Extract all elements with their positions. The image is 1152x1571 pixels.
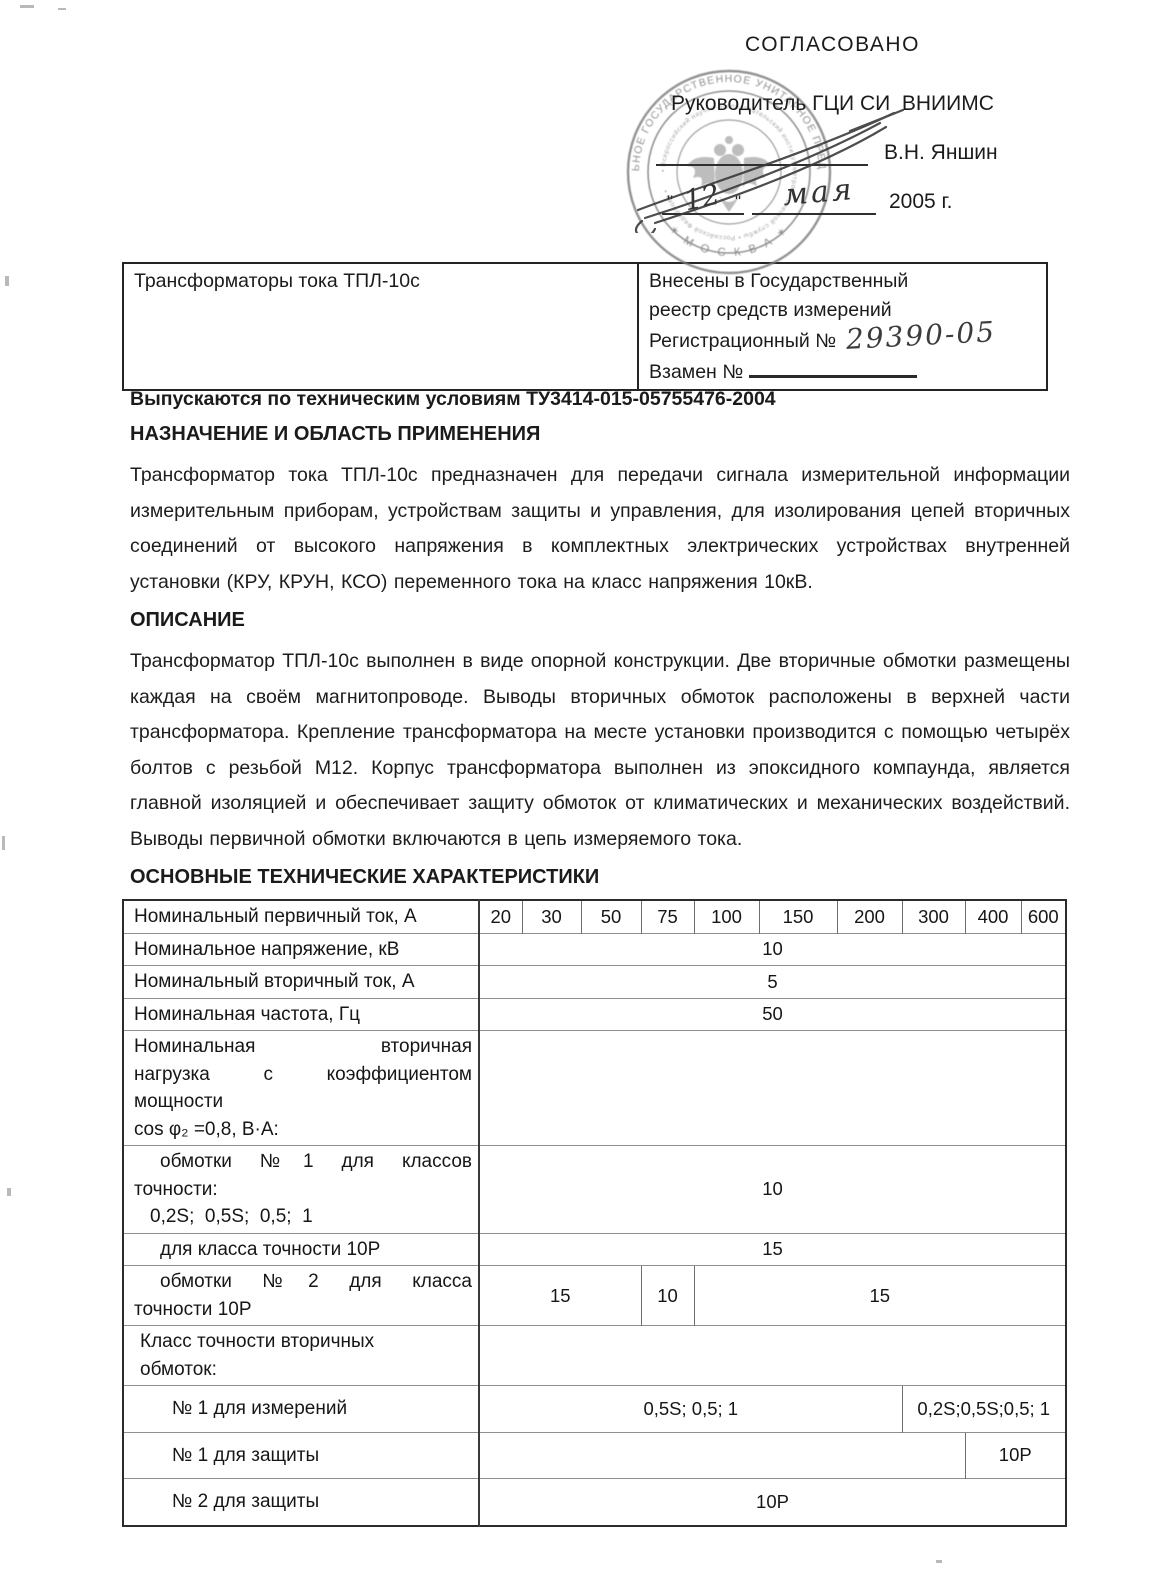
spec-cell: 100 bbox=[694, 900, 759, 933]
purpose-heading: НАЗНАЧЕНИЕ И ОБЛАСТЬ ПРИМЕНЕНИЯ bbox=[130, 423, 1070, 446]
description-heading: ОПИСАНИЕ bbox=[130, 609, 1070, 632]
scanned-document-page: ФЕДЕРАЛЬНОЕ ГОСУДАРСТВЕННОЕ УНИТАРНОЕ ПР… bbox=[0, 0, 1152, 1571]
spec-row-label: Номинальный вторичный ток, А bbox=[123, 966, 479, 999]
stamp-ring-top-text: ФЕДЕРАЛЬНОЕ ГОСУДАРСТВЕННОЕ УНИТАРНОЕ ПР… bbox=[619, 62, 828, 172]
spec-cell: 600 bbox=[1021, 900, 1066, 933]
approver-name: В.Н. Яншин bbox=[884, 141, 998, 165]
spec-cell: 150 bbox=[759, 900, 837, 933]
stamp-ring-bottom-text: ✶ М О С К В А ✶ bbox=[666, 224, 792, 260]
product-name: Трансформаторы тока ТПЛ-10с bbox=[134, 270, 420, 292]
spec-row: Номинальное напряжение, кВ10 bbox=[123, 933, 1066, 966]
registry-line-4: Взамен № bbox=[649, 356, 1036, 387]
registration-row: Трансформаторы тока ТПЛ-10с Внесены в Го… bbox=[123, 263, 1047, 390]
registration-box: Трансформаторы тока ТПЛ-10с Внесены в Го… bbox=[122, 262, 1048, 391]
spec-row: Класс точности вторичныхобмоток: bbox=[123, 1326, 1066, 1386]
description-paragraph: Трансформатор ТПЛ-10с выполнен в виде оп… bbox=[130, 644, 1070, 857]
spec-row: для класса точности 10Р15 bbox=[123, 1233, 1066, 1266]
purpose-paragraph: Трансформатор тока ТПЛ-10с предназначен … bbox=[130, 458, 1070, 600]
scan-speck bbox=[20, 5, 34, 8]
stamp-ring-inner-text: • Всероссийский научно-исследовательский… bbox=[660, 103, 798, 241]
document-body: Выпускаются по техническим условиям ТУ34… bbox=[130, 388, 1070, 1527]
spec-row-label: № 2 для защиты bbox=[123, 1479, 479, 1526]
spec-cell: 300 bbox=[902, 900, 965, 933]
agreed-title: СОГЛАСОВАНО bbox=[745, 33, 920, 57]
registry-line-3: Регистрационный №29390-05 bbox=[649, 324, 1036, 356]
spec-cell: 15 bbox=[479, 1233, 1066, 1266]
scan-speck bbox=[936, 1560, 942, 1563]
spec-row-label: Номинальное напряжение, кВ bbox=[123, 933, 479, 966]
handwritten-reg-number: 29390-05 bbox=[845, 318, 996, 354]
spec-cell bbox=[479, 1031, 1066, 1146]
spec-cell: 0,5S; 0,5; 1 bbox=[479, 1386, 902, 1433]
specs-heading: ОСНОВНЫЕ ТЕХНИЧЕСКИЕ ХАРАКТЕРИСТИКИ bbox=[130, 866, 1070, 889]
spec-row-label: для класса точности 10Р bbox=[123, 1233, 479, 1266]
approver-role: Руководитель ГЦИ СИ ВНИИМС bbox=[671, 92, 994, 116]
spec-row: Номинальная вторичнаянагрузка с коэффици… bbox=[123, 1031, 1066, 1146]
spec-row-label: обмотки №2 для классаточности 10Р bbox=[123, 1266, 479, 1326]
scan-speck bbox=[2, 836, 5, 850]
signature-line bbox=[656, 164, 868, 166]
spec-row-label: № 1 для защиты bbox=[123, 1432, 479, 1479]
spec-row: № 2 для защиты10Р bbox=[123, 1479, 1066, 1526]
spec-cell: 10 bbox=[479, 933, 1066, 966]
spec-row-label: № 1 для измерений bbox=[123, 1386, 479, 1433]
scan-speck bbox=[7, 1188, 11, 1196]
approval-year: 2005 г. bbox=[889, 190, 952, 214]
spec-row-label: Номинальная частота, Гц bbox=[123, 998, 479, 1031]
replaces-label: Взамен № bbox=[649, 361, 743, 383]
spec-row-label: Класс точности вторичныхобмоток: bbox=[123, 1326, 479, 1386]
spec-row-label: Номинальная вторичнаянагрузка с коэффици… bbox=[123, 1031, 479, 1146]
technical-characteristics-table: Номинальный первичный ток, А203050751001… bbox=[122, 899, 1067, 1527]
handwritten-month: мая bbox=[782, 172, 856, 213]
product-name-cell: Трансформаторы тока ТПЛ-10с bbox=[123, 263, 638, 390]
spec-cell: 10Р bbox=[479, 1479, 1066, 1526]
registry-cell: Внесены в Государственный реестр средств… bbox=[638, 263, 1047, 390]
tu-conditions-line: Выпускаются по техническим условиям ТУ34… bbox=[130, 388, 1070, 411]
spec-cell: 15 bbox=[694, 1266, 1066, 1326]
spec-cell bbox=[479, 1432, 965, 1479]
spec-cell: 5 bbox=[479, 966, 1066, 999]
date-line bbox=[752, 213, 876, 215]
spec-row: Номинальный первичный ток, А203050751001… bbox=[123, 900, 1066, 933]
spec-cell: 10 bbox=[479, 1146, 1066, 1234]
handwritten-day: 12 bbox=[681, 178, 723, 218]
spec-cell: 0,2S;0,5S;0,5; 1 bbox=[902, 1386, 1066, 1433]
spec-row: Номинальная частота, Гц50 bbox=[123, 998, 1066, 1031]
spec-row: обмотки №1 для классовточности:0,2S; 0,5… bbox=[123, 1146, 1066, 1234]
spec-row-label: Номинальный первичный ток, А bbox=[123, 900, 479, 933]
replaces-blank-line bbox=[749, 356, 917, 378]
spec-cell bbox=[479, 1326, 1066, 1386]
spec-cell: 10Р bbox=[965, 1432, 1066, 1479]
spec-cell: 200 bbox=[837, 900, 902, 933]
spec-row: № 1 для защиты10Р bbox=[123, 1432, 1066, 1479]
spec-cell: 15 bbox=[479, 1266, 641, 1326]
spec-cell: 10 bbox=[641, 1266, 694, 1326]
spec-row: Номинальный вторичный ток, А5 bbox=[123, 966, 1066, 999]
date-quote-open: " bbox=[667, 192, 673, 212]
spec-cell: 50 bbox=[479, 998, 1066, 1031]
spec-row: № 1 для измерений0,5S; 0,5; 10,2S;0,5S;0… bbox=[123, 1386, 1066, 1433]
spec-row-label: обмотки №1 для классовточности:0,2S; 0,5… bbox=[123, 1146, 479, 1234]
reg-number-label: Регистрационный № bbox=[649, 330, 836, 352]
scan-speck bbox=[5, 276, 9, 286]
spec-cell: 50 bbox=[581, 900, 641, 933]
spec-row: обмотки №2 для классаточности 10Р151015 bbox=[123, 1266, 1066, 1326]
spec-cell: 20 bbox=[479, 900, 522, 933]
date-quote-close: " bbox=[735, 192, 741, 212]
spec-cell: 400 bbox=[965, 900, 1021, 933]
spec-cell: 75 bbox=[641, 900, 694, 933]
spec-cell: 30 bbox=[522, 900, 581, 933]
registry-line-1: Внесены в Государственный bbox=[649, 267, 1036, 296]
scan-speck bbox=[58, 8, 66, 10]
